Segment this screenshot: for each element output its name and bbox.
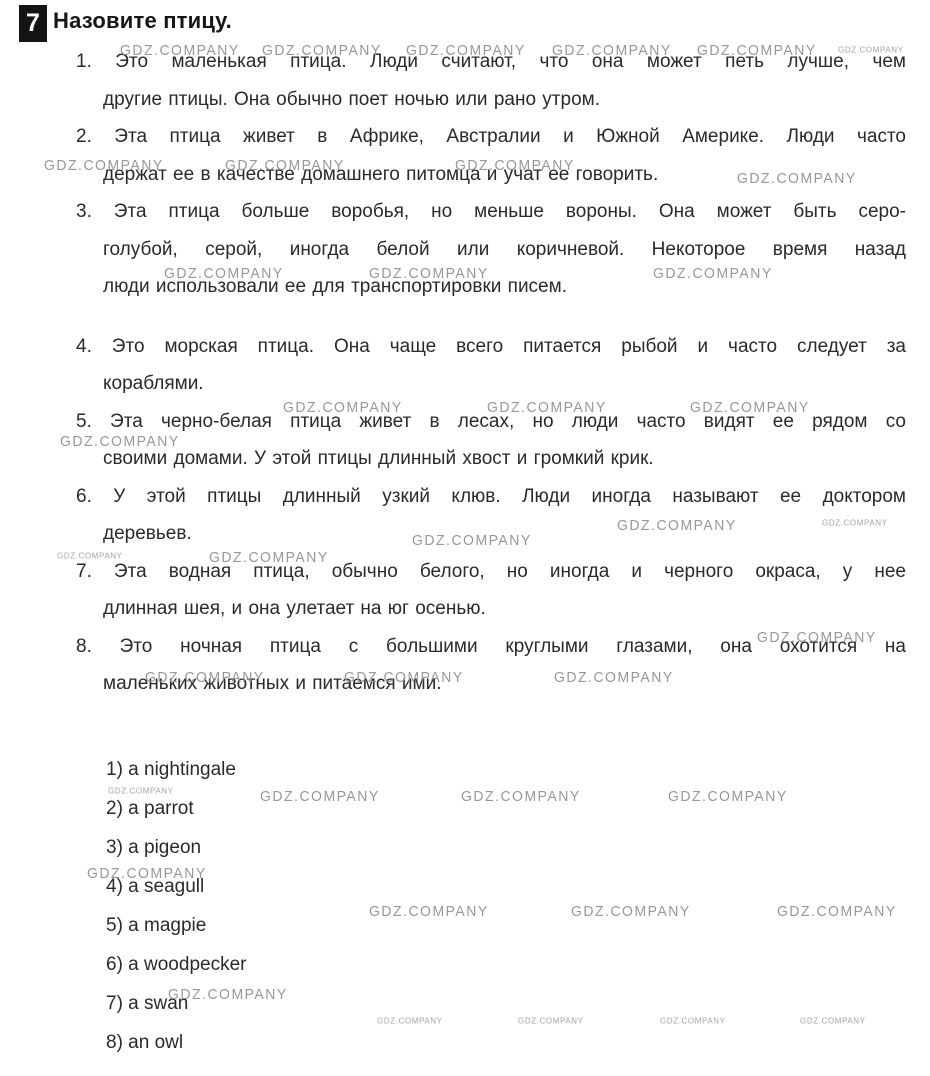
task-paragraph-7: 7. Эта водная птица, обычно белого, но и… [76,553,906,628]
task-title: Назовите птицу. [53,8,232,34]
worksheet-page: 7 Назовите птицу. 1. Это маленькая птица… [0,0,930,1076]
task-paragraph-2: 2. Эта птица живет в Африке, Австралии и… [76,118,906,193]
answer-item-5: 5) a magpie [106,906,246,945]
task-paragraph-8: 8. Это ночная птица с большими круглыми … [76,628,906,703]
answers-list: 1) a nightingale2) a parrot3) a pigeon4)… [106,750,246,1062]
task-line: 2. Эта птица живет в Африке, Австралии и… [76,118,906,156]
task-line: 3. Эта птица больше воробья, но меньше в… [76,193,906,231]
task-line: 1. Это маленькая птица. Люди считают, чт… [76,43,906,81]
task-line: деревьев. [76,515,906,553]
task-line: длинная шея, и она улетает на юг осенью. [76,590,906,628]
task-line: голубой, серой, иногда белой или коричне… [76,231,906,269]
answer-item-2: 2) a parrot [106,789,246,828]
task-paragraph-5: 5. Эта черно-белая птица живет в лесах, … [76,403,906,478]
task-line: другие птицы. Она обычно поет ночью или … [76,81,906,119]
task-line: 6. У этой птицы длинный узкий клюв. Люди… [76,478,906,516]
watermark-text: GDZ.COMPANY [260,787,380,804]
answer-item-8: 8) an owl [106,1023,246,1062]
watermark-text: GDZ.COMPANY [660,1016,726,1026]
task-line: 8. Это ночная птица с большими круглыми … [76,628,906,666]
task-line: люди использовали ее для транспортировки… [76,268,906,306]
task-paragraph-6: 6. У этой птицы длинный узкий клюв. Люди… [76,478,906,553]
task-line: кораблями. [76,365,906,403]
watermark-text: GDZ.COMPANY [777,902,897,919]
task-paragraph-1: 1. Это маленькая птица. Люди считают, чт… [76,43,906,118]
task-line: 7. Эта водная птица, обычно белого, но и… [76,553,906,591]
task-paragraph-4: 4. Это морская птица. Она чаще всего пит… [76,328,906,403]
answer-item-7: 7) a swan [106,984,246,1023]
task-line: своими домами. У этой птицы длинный хвос… [76,440,906,478]
watermark-text: GDZ.COMPANY [377,1016,443,1026]
watermark-text: GDZ.COMPANY [369,902,489,919]
task-paragraph-3: 3. Эта птица больше воробья, но меньше в… [76,193,906,306]
task-line: держат ее в качестве домашнего питомца и… [76,156,906,194]
watermark-text: GDZ.COMPANY [800,1016,866,1026]
watermark-text: GDZ.COMPANY [668,787,788,804]
answer-item-4: 4) a seagull [106,867,246,906]
answer-item-1: 1) a nightingale [106,750,246,789]
watermark-text: GDZ.COMPANY [571,902,691,919]
task-number-badge: 7 [19,5,47,42]
answer-item-3: 3) a pigeon [106,828,246,867]
task-line: маленьких животных и питаемся ими. [76,665,906,703]
watermark-text: GDZ.COMPANY [518,1016,584,1026]
task-line: 5. Эта черно-белая птица живет в лесах, … [76,403,906,441]
task-paragraphs: 1. Это маленькая птица. Люди считают, чт… [76,43,906,703]
answer-item-6: 6) a woodpecker [106,945,246,984]
watermark-text: GDZ.COMPANY [461,787,581,804]
task-line: 4. Это морская птица. Она чаще всего пит… [76,328,906,366]
task-number: 7 [26,9,40,38]
